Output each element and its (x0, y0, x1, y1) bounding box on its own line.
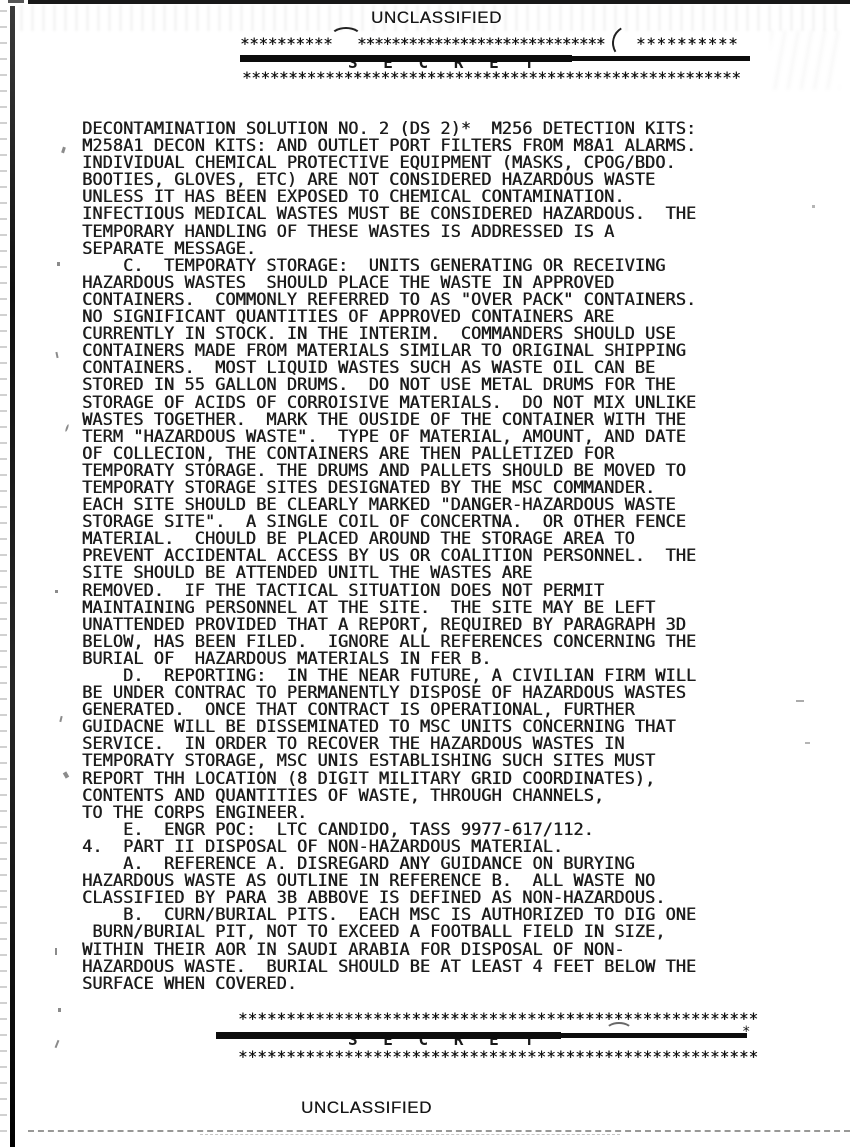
scan-speck (57, 262, 60, 266)
asterisk-row-segment: ***************************** (357, 37, 604, 51)
scan-speck (55, 590, 58, 593)
scan-speck (59, 716, 62, 722)
scan-speck (55, 1040, 60, 1048)
bottom-classification-label: UNCLASSIFIED (301, 1098, 432, 1118)
scan-bottom-dashed-line (200, 1134, 620, 1135)
scan-speck (58, 1008, 61, 1012)
scan-speck (805, 742, 810, 744)
scan-left-specks (0, 10, 7, 1140)
scan-top-border (28, 0, 850, 4)
scan-speck (796, 700, 804, 702)
asterisk-row-segment: ********** (636, 37, 738, 51)
scan-speck (812, 205, 815, 208)
pen-stroke-arc (330, 27, 362, 47)
asterisk-row: ****************************************… (242, 71, 741, 85)
scan-speck (55, 948, 57, 955)
document-body-text: DECONTAMINATION SOLUTION NO. 2 (DS 2)* M… (82, 121, 792, 993)
asterisk-row: ****************************************… (238, 1012, 758, 1026)
asterisk-row-segment: ********** (240, 37, 332, 51)
scan-speck (55, 352, 58, 358)
scan-speck (63, 771, 69, 778)
redaction-bar (240, 55, 572, 62)
top-classification-label: UNCLASSIFIED (371, 8, 502, 28)
scan-speck (65, 424, 70, 432)
scan-left-edge-artifact (10, 6, 15, 1147)
redaction-bar (559, 1033, 747, 1038)
scan-speck (61, 147, 66, 154)
asterisk-row: ****************************************… (238, 1050, 758, 1064)
scan-bottom-dashed-line (28, 1130, 850, 1132)
redaction-bar (568, 56, 750, 61)
scan-noise (770, 30, 840, 90)
redaction-bar (216, 1032, 561, 1039)
